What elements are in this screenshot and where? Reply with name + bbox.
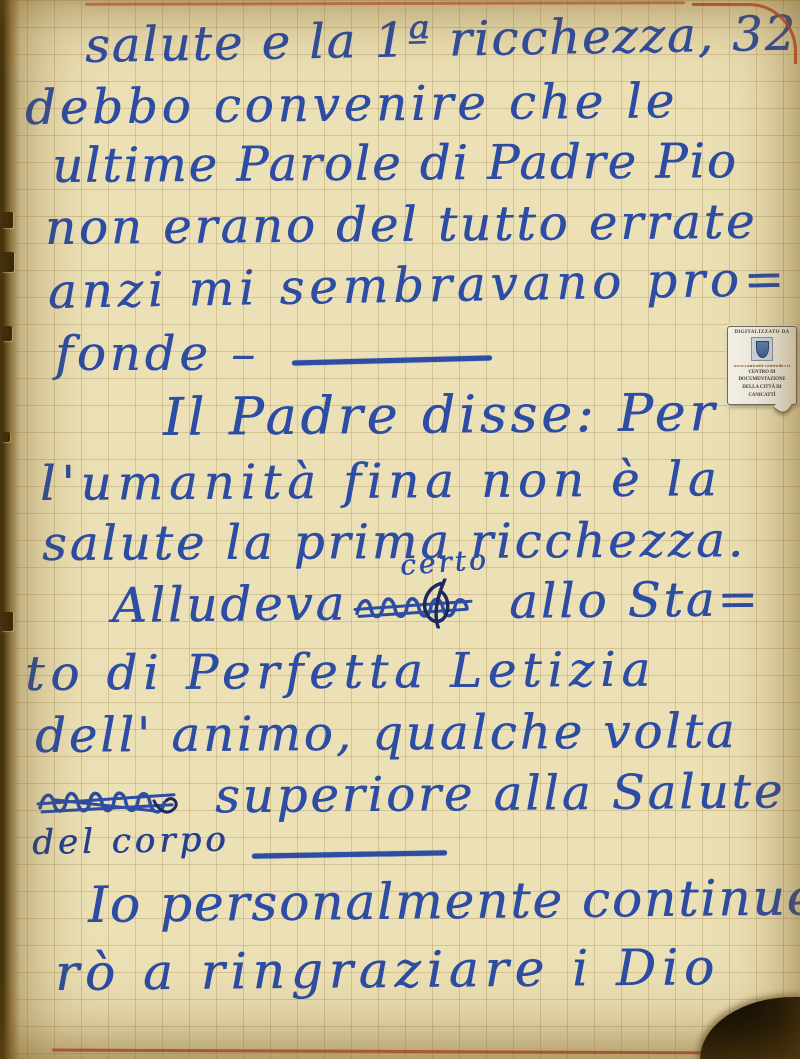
handwritten-line-9: salute la prima ricchezza. [42, 516, 746, 568]
stamp-tail [773, 396, 792, 415]
stamp-header: DIGITALIZZATO DA [734, 330, 789, 335]
handwritten-line-3: ultime Parole di Padre Pio [52, 137, 738, 190]
handwritten-line-14: del corpo [32, 823, 230, 860]
handwritten-line-4: non erano del tutto errate [45, 198, 758, 252]
notebook-page: salute e la 1ª ricchezza, 32 debbo conve… [0, 0, 800, 1059]
ink-underline [292, 355, 492, 365]
red-edge-line-bottom [52, 1048, 744, 1054]
handwritten-line-10: Alludeva allo Sta= [112, 575, 761, 632]
stamp-website: www.canicatti-centrodoc.it [734, 363, 791, 368]
handwritten-line-13: superiore alla Salute [28, 767, 786, 824]
stitch-mark [2, 212, 13, 228]
stitch-mark [2, 326, 12, 341]
handwritten-line-8: l'umanità fina non è la [40, 455, 723, 508]
handwritten-line-6: fonde – [55, 330, 259, 378]
city-crest-icon [751, 337, 773, 361]
digitization-stamp: DIGITALIZZATO DA www.canicatti-centrodoc… [727, 326, 797, 405]
handwritten-line-5: anzi mi sembravano pro= [48, 255, 790, 316]
handwritten-line-2: debbo convenire che le [25, 77, 679, 132]
handwritten-line-7: Il Padre disse: Per [163, 387, 719, 444]
line-10-end: allo Sta= [509, 571, 761, 630]
stamp-org-line2: DELLA CITTÀ DI CANICATTÌ [730, 384, 794, 398]
stitch-mark [2, 432, 10, 442]
red-edge-line-top [85, 1, 685, 6]
handwritten-line-12: dell' animo, qualche volta [35, 707, 738, 760]
interlinear-insertion: certo [399, 546, 489, 580]
ink-underline [252, 850, 447, 858]
scribbled-out-word [353, 578, 504, 630]
handwritten-line-1: salute e la 1ª ricchezza, 32 [85, 10, 798, 70]
handwritten-line-11: to di Perfetta Letizia [25, 646, 656, 698]
scribbled-out-word [34, 774, 209, 824]
handwritten-line-15: Io personalmente continue= [88, 872, 800, 930]
handwritten-line-16: rò a ringraziare i Dio [55, 942, 720, 998]
line-10-start: Alludeva [112, 576, 348, 634]
cover-corner [700, 997, 800, 1059]
notebook-binding [0, 0, 20, 1059]
stitch-mark [1, 252, 14, 272]
stitch-mark [1, 612, 13, 631]
line-13-end: superiore alla Salute [215, 763, 786, 824]
stamp-org-line1: CENTRO DI DOCUMENTAZIONE [730, 369, 794, 383]
